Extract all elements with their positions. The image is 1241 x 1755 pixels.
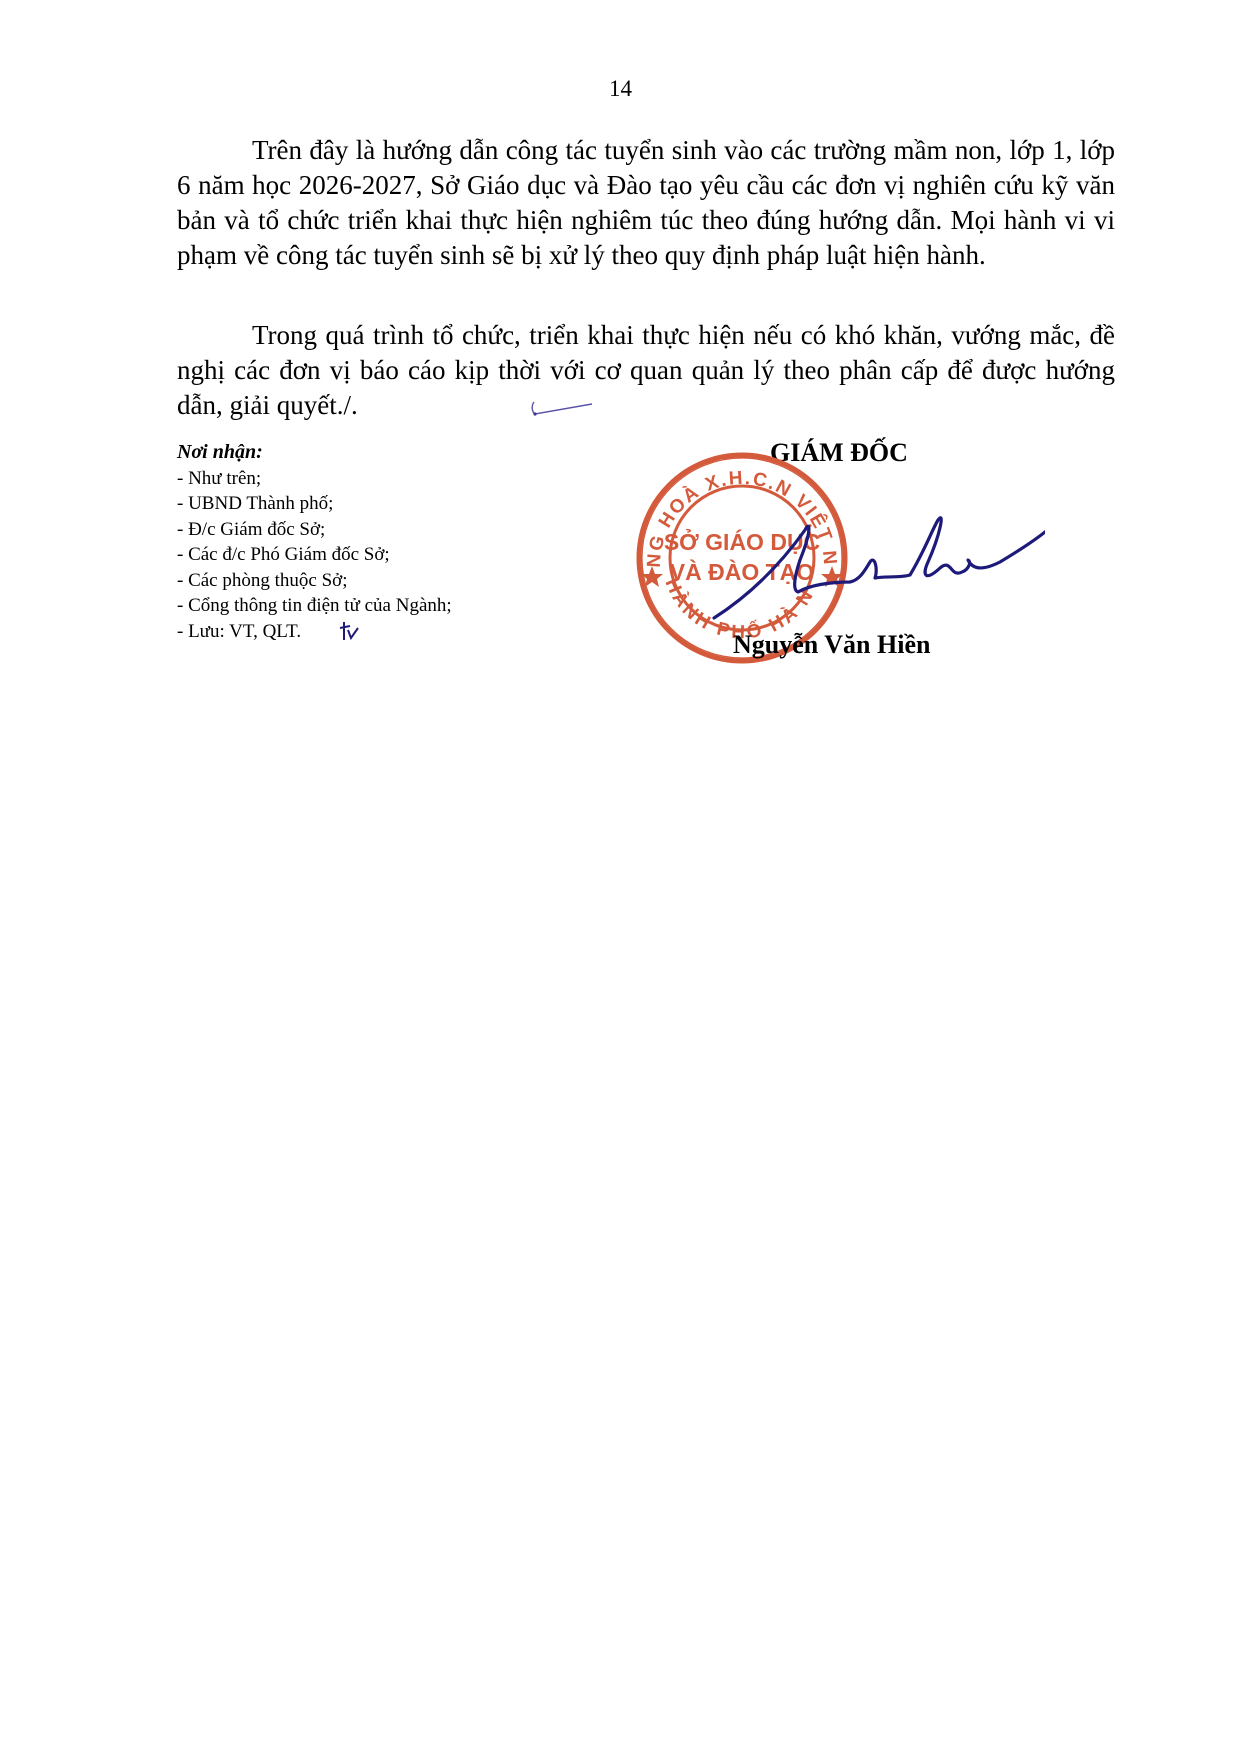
recipient-item: - Các đ/c Phó Giám đốc Sở;	[177, 542, 452, 568]
recipient-item: - UBND Thành phố;	[177, 491, 452, 517]
recipients-heading: Nơi nhận:	[177, 440, 452, 466]
recipient-item: - Như trên;	[177, 466, 452, 492]
signature-icon	[700, 490, 1045, 630]
recipient-item: - Đ/c Giám đốc Sở;	[177, 517, 452, 543]
signer-name: Nguyễn Văn Hiền	[733, 630, 930, 660]
recipient-item: - Các phòng thuộc Sở;	[177, 568, 452, 594]
page-number: 14	[0, 76, 1241, 102]
initial-mark-icon	[338, 620, 360, 642]
body-paragraph-instructions: Trong quá trình tổ chức, triển khai thực…	[177, 318, 1115, 423]
recipient-item: - Lưu: VT, QLT.	[177, 619, 452, 645]
recipient-item: - Cổng thông tin điện tử của Ngành;	[177, 593, 452, 619]
initial-mark-icon	[528, 400, 596, 418]
body-paragraph-closing: Trên đây là hướng dẫn công tác tuyển sin…	[177, 133, 1115, 273]
recipients-block: Nơi nhận: - Như trên; - UBND Thành phố; …	[177, 440, 452, 644]
